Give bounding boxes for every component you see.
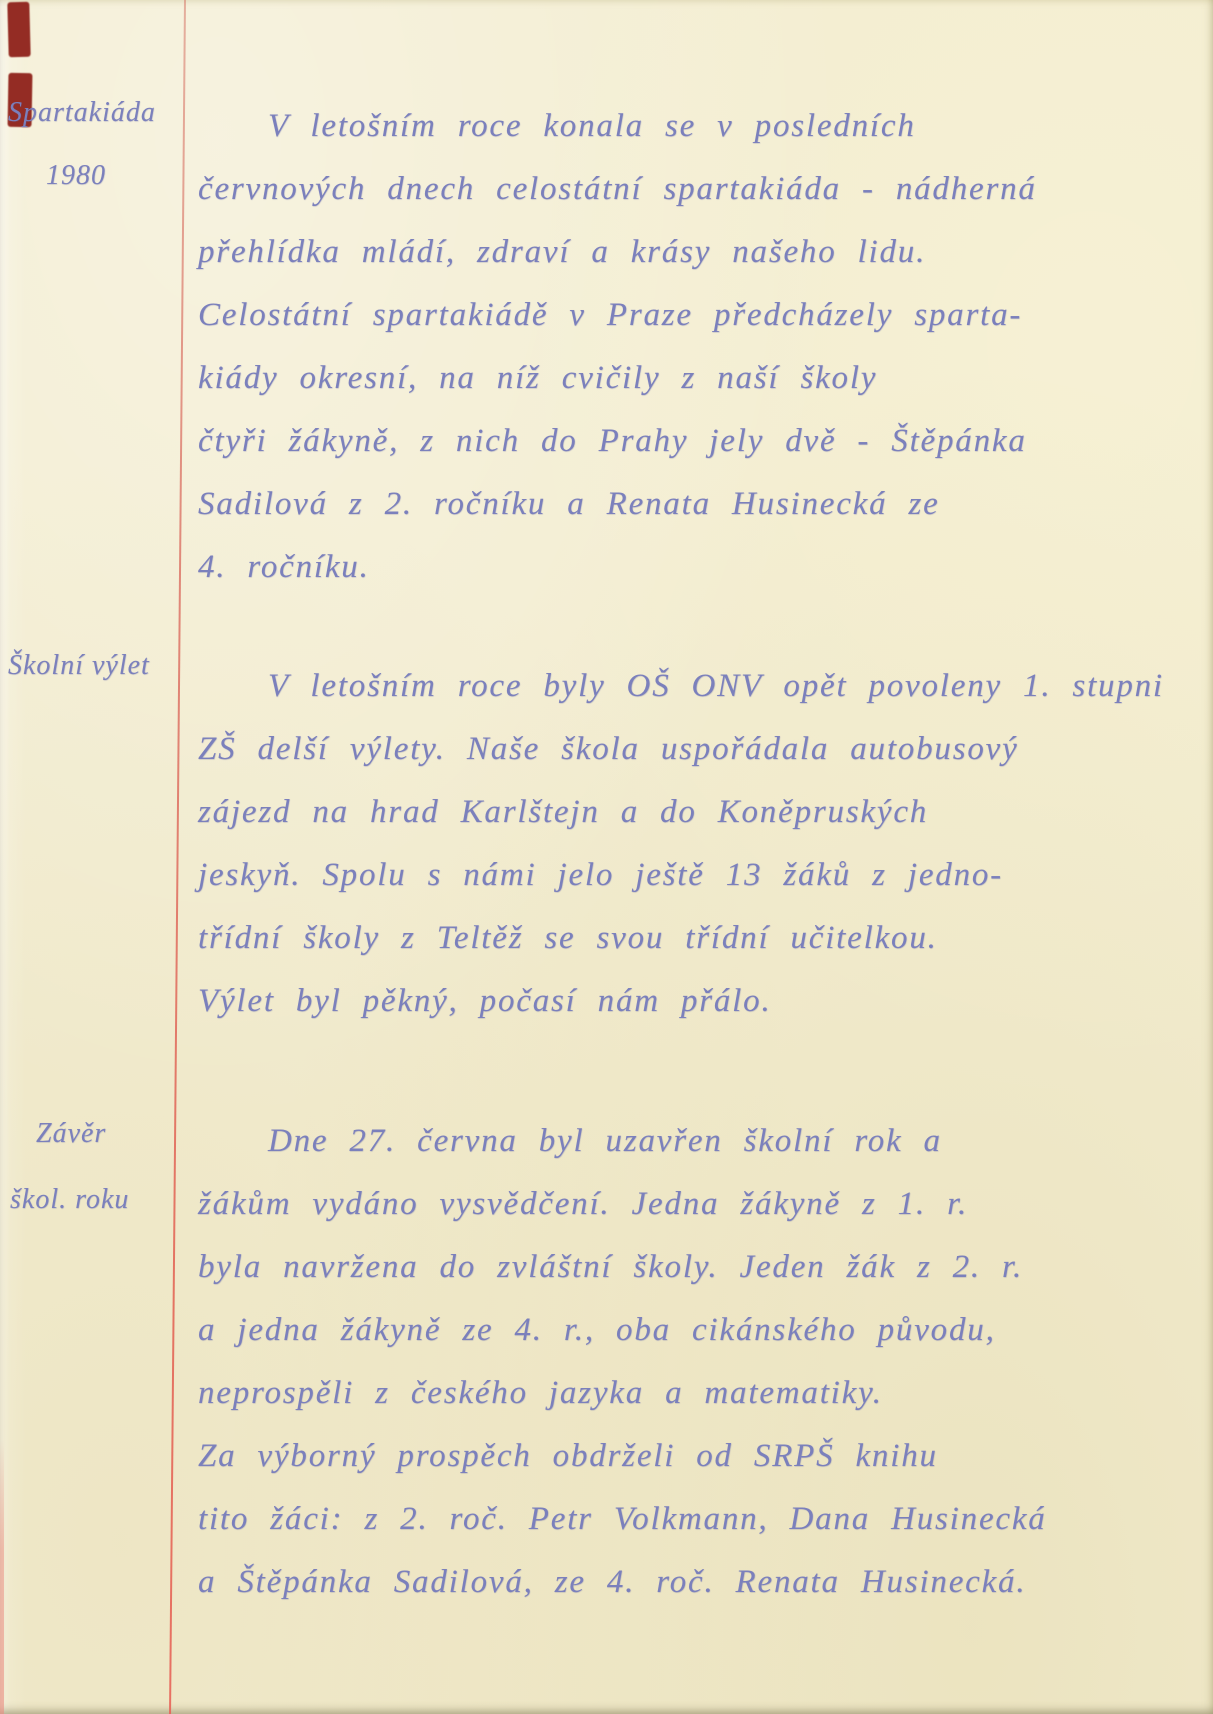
handwritten-line: a jedna žákyně ze 4. r., oba cikánského … bbox=[198, 1299, 1210, 1362]
handwritten-line: V letošním roce byly OŠ ONV opět povolen… bbox=[198, 655, 1210, 718]
handwritten-line: ZŠ delší výlety. Naše škola uspořádala a… bbox=[198, 718, 1210, 781]
handwritten-line: a Štěpánka Sadilová, ze 4. roč. Renata H… bbox=[198, 1551, 1210, 1614]
handwritten-line: Sadilová z 2. ročníku a Renata Husinecká… bbox=[198, 473, 1210, 536]
red-margin-rule-line bbox=[169, 0, 186, 1714]
margin-note-zaver: Závěr bbox=[36, 1118, 106, 1150]
handwritten-line: přehlídka mládí, zdraví a krásy našeho l… bbox=[198, 221, 1210, 284]
handwritten-line: Dne 27. června byl uzavřen školní rok a bbox=[198, 1110, 1210, 1173]
handwritten-line: kiády okresní, na níž cvičily z naší ško… bbox=[198, 347, 1210, 410]
margin-note-skolni-vylet: Školní výlet bbox=[8, 650, 150, 682]
margin-note-year-1980: 1980 bbox=[46, 160, 106, 192]
red-edge-mark-top bbox=[7, 2, 30, 58]
paragraph-skolni-vylet: V letošním roce byly OŠ ONV opět povolen… bbox=[198, 655, 1210, 1033]
handwritten-line: červnových dnech celostátní spartakiáda … bbox=[198, 158, 1210, 221]
paragraph-zaver-skolniho-roku: Dne 27. června byl uzavřen školní rok a … bbox=[198, 1110, 1210, 1614]
handwritten-line: byla navržena do zvláštní školy. Jeden ž… bbox=[198, 1236, 1210, 1299]
handwritten-line: jeskyň. Spolu s námi jelo ještě 13 žáků … bbox=[198, 844, 1210, 907]
handwritten-line: neprospěli z českého jazyka a matematiky… bbox=[198, 1362, 1210, 1425]
margin-note-spartakiada: Spartakiáda bbox=[8, 97, 156, 129]
handwritten-line: Za výborný prospěch obdrželi od SRPŠ kni… bbox=[198, 1425, 1210, 1488]
chronicle-page: Spartakiáda 1980 Školní výlet Závěr škol… bbox=[0, 0, 1213, 1714]
handwritten-line: Výlet byl pěkný, počasí nám přálo. bbox=[198, 970, 1210, 1033]
handwritten-line: 4. ročníku. bbox=[198, 536, 1210, 599]
handwritten-line: čtyři žákyně, z nich do Prahy jely dvě -… bbox=[198, 410, 1210, 473]
margin-note-skol-roku: škol. roku bbox=[10, 1184, 129, 1216]
handwritten-line: V letošním roce konala se v posledních bbox=[198, 95, 1210, 158]
paragraph-spartakiada: V letošním roce konala se v posledních č… bbox=[198, 95, 1210, 599]
page-edge-tint bbox=[0, 1440, 4, 1714]
handwritten-line: žákům vydáno vysvědčení. Jedna žákyně z … bbox=[198, 1173, 1210, 1236]
handwritten-line: Celostátní spartakiádě v Praze předcháze… bbox=[198, 284, 1210, 347]
handwritten-line: tito žáci: z 2. roč. Petr Volkmann, Dana… bbox=[198, 1488, 1210, 1551]
handwritten-line: zájezd na hrad Karlštejn a do Koněpruský… bbox=[198, 781, 1210, 844]
handwritten-line: třídní školy z Teltěž se svou třídní uči… bbox=[198, 907, 1210, 970]
